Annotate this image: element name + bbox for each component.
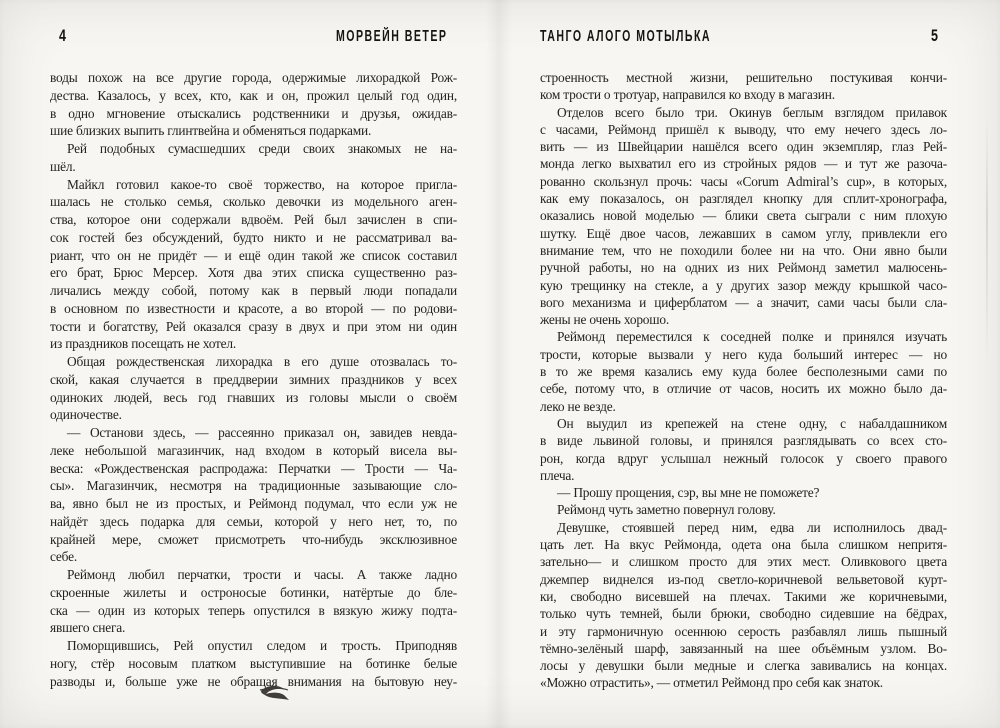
page-text-column-left: воды похож на все другие города, одержим… (50, 69, 457, 690)
text-line: скроенные жилеты и остроносые ботинки, н… (50, 584, 457, 602)
text-line: — Останови здесь, — рассеянно приказал о… (50, 424, 457, 442)
text-line: плеча. (540, 467, 947, 484)
text-line: крайней мере, сможет присмотреть что-ниб… (50, 531, 457, 549)
text-line: сок гостей без обсуждений, будто никто и… (50, 229, 457, 247)
text-line: Реймонд чуть заметно повернул голову. (540, 501, 947, 518)
text-line: рон, когда вдруг услышал нежный голосок … (540, 450, 947, 467)
text-line: шутку. Ещё двое часов, лежавших в самом … (540, 225, 947, 242)
text-line: Отделов всего было три. Окинув беглым вз… (540, 104, 947, 121)
text-line: вить — из Швейцарии нашёлся всего один э… (540, 138, 947, 155)
text-line: жены не очень хорошо. (540, 311, 947, 328)
scan-edge-artifact (986, 120, 988, 360)
text-line: леке небольшой магазинчик, над входом в … (50, 442, 457, 460)
text-line: Рей подобных сумасшедших среди своих зна… (50, 140, 457, 158)
text-line: кую трещинку на стекле, а у других зазор… (540, 277, 947, 294)
text-line: в то же время казались ему куда более бе… (540, 363, 947, 380)
text-line: явшего снега. (50, 619, 457, 637)
text-line: Реймонд переместился к соседней полке и … (540, 328, 947, 345)
text-line: ки, свободно висевшей на плечах. Такими … (540, 588, 947, 605)
text-line: шалась не столько семья, сколько девочки… (50, 193, 457, 211)
text-line: риант, что он не придёт — и ещё один так… (50, 247, 457, 265)
book-spread: 4 МОРВЕЙН ВЕТЕР воды похож на все другие… (0, 0, 1000, 728)
text-line: и эту гармоничную осеннюю серость разбав… (540, 623, 947, 640)
text-line: лосы у девушки были медные и слегка зави… (540, 657, 947, 674)
text-line: тёмно-зелёный шарф, завязанный на шее об… (540, 640, 947, 657)
text-line: ства, которое они содержали вдвоём. Рей … (50, 211, 457, 229)
running-head-author: МОРВЕЙН ВЕТЕР (336, 29, 447, 45)
text-line: одиночестве. (50, 406, 457, 424)
text-line: сы». Магазинчик, несмотря на традиционны… (50, 477, 457, 495)
page-number-right: 5 (931, 27, 938, 45)
text-line: Поморщившись, Рей опустил следом и трост… (50, 637, 457, 655)
text-line: в виде львиной головы, и принялся разгля… (540, 432, 947, 449)
text-line: трости, которые вызвали у него куда боль… (540, 346, 947, 363)
text-line: дества. Казалось, у всех, кто, как и он,… (50, 87, 457, 105)
text-line: себе, потому что, в отличие от часов, но… (540, 380, 947, 397)
text-line: с часами, Реймонд пришёл к выводу, что е… (540, 121, 947, 138)
text-line: ногу, стёр носовым платком выступившие н… (50, 655, 457, 673)
page-left: 4 МОРВЕЙН ВЕТЕР воды похож на все другие… (50, 0, 457, 728)
text-line: разводы и, больше уже не обращая внимани… (50, 673, 457, 691)
text-line: рованно скользнул прочь: часы «Corum Adm… (540, 173, 947, 190)
text-line: ской, какая случается в преддверии зимни… (50, 371, 457, 389)
text-line: цать лет. На вкус Реймонда, одета она бы… (540, 536, 947, 553)
page-gutter-shadow (486, 0, 512, 728)
text-line: джемпер виднелся из-под светло-коричнево… (540, 571, 947, 588)
text-line: ска — один из которых теперь опустился в… (50, 602, 457, 620)
text-line: найдёт здесь подарка для семьи, которой … (50, 513, 457, 531)
text-line: Девушке, стоявшей перед ним, едва ли исп… (540, 519, 947, 536)
ink-smudge-mark (258, 682, 292, 704)
page-header-left: 4 МОРВЕЙН ВЕТЕР (50, 28, 457, 45)
page-text-column-right: строенность местной жизни, решительно по… (540, 69, 947, 692)
text-line: веска: «Рождественская распродажа: Перча… (50, 460, 457, 478)
text-line: как ему показалось, он разглядел кнопку … (540, 190, 947, 207)
text-line: Он выудил из крепежей на стене одну, с н… (540, 415, 947, 432)
text-line: Майкл готовил какое-то своё торжество, н… (50, 176, 457, 194)
page-right: ТАНГО АЛОГО МОТЫЛЬКА 5 строенность местн… (540, 0, 947, 728)
text-line: строенность местной жизни, решительно по… (540, 69, 947, 86)
text-line: ручной работы, но на одних из них Реймон… (540, 259, 947, 276)
text-line: «Можно отрастить», — отметил Реймонд про… (540, 674, 947, 691)
page-header-right: ТАНГО АЛОГО МОТЫЛЬКА 5 (540, 28, 947, 45)
text-line: зательно— и слишком просто для этих мест… (540, 553, 947, 570)
text-line: себе. (50, 548, 457, 566)
text-line: личались между собой, потому как в первы… (50, 282, 457, 300)
text-line: Общая рождественская лихорадка в его душ… (50, 353, 457, 371)
running-head-title: ТАНГО АЛОГО МОТЫЛЬКА (540, 29, 711, 45)
text-line: ком трости о тротуар, направился ко вход… (540, 86, 947, 103)
text-line: в одно мгновение отыскались родственники… (50, 105, 457, 123)
text-line: ва, явно был не из простых, и Реймонд по… (50, 495, 457, 513)
text-line: монда легко выхватил его из стройных ряд… (540, 155, 947, 172)
text-line: его брат, Брюс Мерсер. Хотя два этих спи… (50, 264, 457, 282)
text-line: в основном по известности и красоте, а в… (50, 300, 457, 318)
text-line: внимание тем, что не походили более ни н… (540, 242, 947, 259)
text-line: — Прошу прощения, сэр, вы мне не поможет… (540, 484, 947, 501)
text-line: шие близких выпить глинтвейна и обменять… (50, 122, 457, 140)
text-line: шёл. (50, 158, 457, 176)
text-line: только чуть темней, были брюки, свободно… (540, 605, 947, 622)
text-line: тости и богатству, Рей оказался сразу в … (50, 318, 457, 336)
text-line: оказались новой моделью — блики света сы… (540, 207, 947, 224)
text-line: из праздников посещать не хотел. (50, 335, 457, 353)
text-line: одиноких людей, весь год гнавших из голо… (50, 389, 457, 407)
text-line: вого механизма и циферблатом — а значит,… (540, 294, 947, 311)
text-line: леко не везде. (540, 398, 947, 415)
page-number-left: 4 (59, 27, 66, 45)
text-line: Реймонд любил перчатки, трости и часы. А… (50, 566, 457, 584)
text-line: воды похож на все другие города, одержим… (50, 69, 457, 87)
